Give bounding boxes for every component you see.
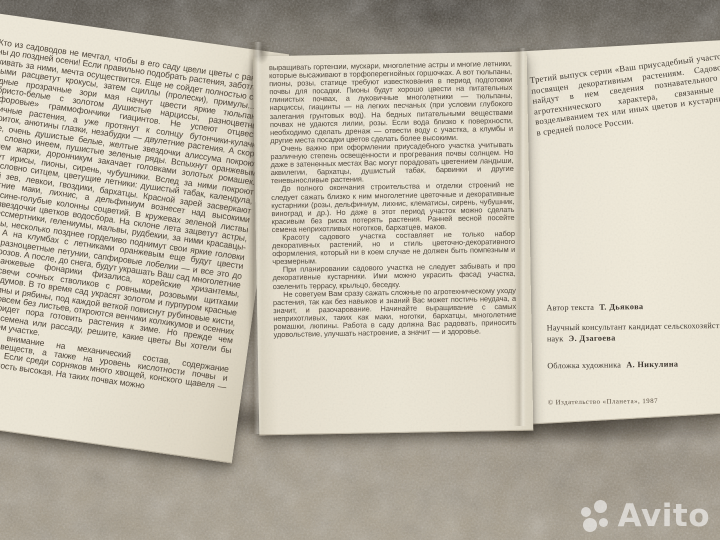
series-intro-paragraph: Третий выпуск серии «Ваш приусадебный уч… [529,50,720,138]
booklet-middle-page: выращивать гортензии, мускари, многолетн… [253,52,534,436]
booklet-right-page: Третий выпуск серии «Ваш приусадебный уч… [500,39,720,425]
page-paragraph: Не советуем Вам сразу сажать сложные по … [273,286,517,339]
credit-label: Автор текста [546,302,594,312]
cover-artist-credit: Обложка художника А. Никулина [547,359,720,373]
middle-page-text-column: выращивать гортензии, мускари, многолетн… [253,52,532,352]
credit-label: Обложка художника [547,360,621,370]
consultant-credit: Научный консультант кандидат сельскохозя… [547,320,720,344]
left-page-text-column: Кто из садоводов не мечтал, чтобы в его … [0,10,289,414]
page-paragraph: выращивать гортензии, мускари, многолетн… [269,60,513,145]
fold-crease-right [514,48,526,426]
author-credit: Автор текста Т. Дьякова [546,300,720,314]
credits-block: Автор текста Т. Дьякова Научный консульт… [546,300,720,406]
credit-name: Э. Дзагоева [569,333,616,343]
credit-name: А. Никулина [626,360,678,370]
page-paragraph: Кто из садоводов не мечтал, чтобы в его … [0,36,270,365]
copyright-line: © Издательство «Планета», 1987 [548,396,720,406]
page-paragraph: Очень важно при оформлении приусадебного… [270,141,514,186]
fold-crease-left [248,42,262,434]
photo-scene: Кто из садоводов не мечтал, чтобы в его … [0,0,720,540]
credit-name: Т. Дьякова [599,302,643,312]
page-paragraph: До полного окончания строительства и отд… [271,181,515,234]
